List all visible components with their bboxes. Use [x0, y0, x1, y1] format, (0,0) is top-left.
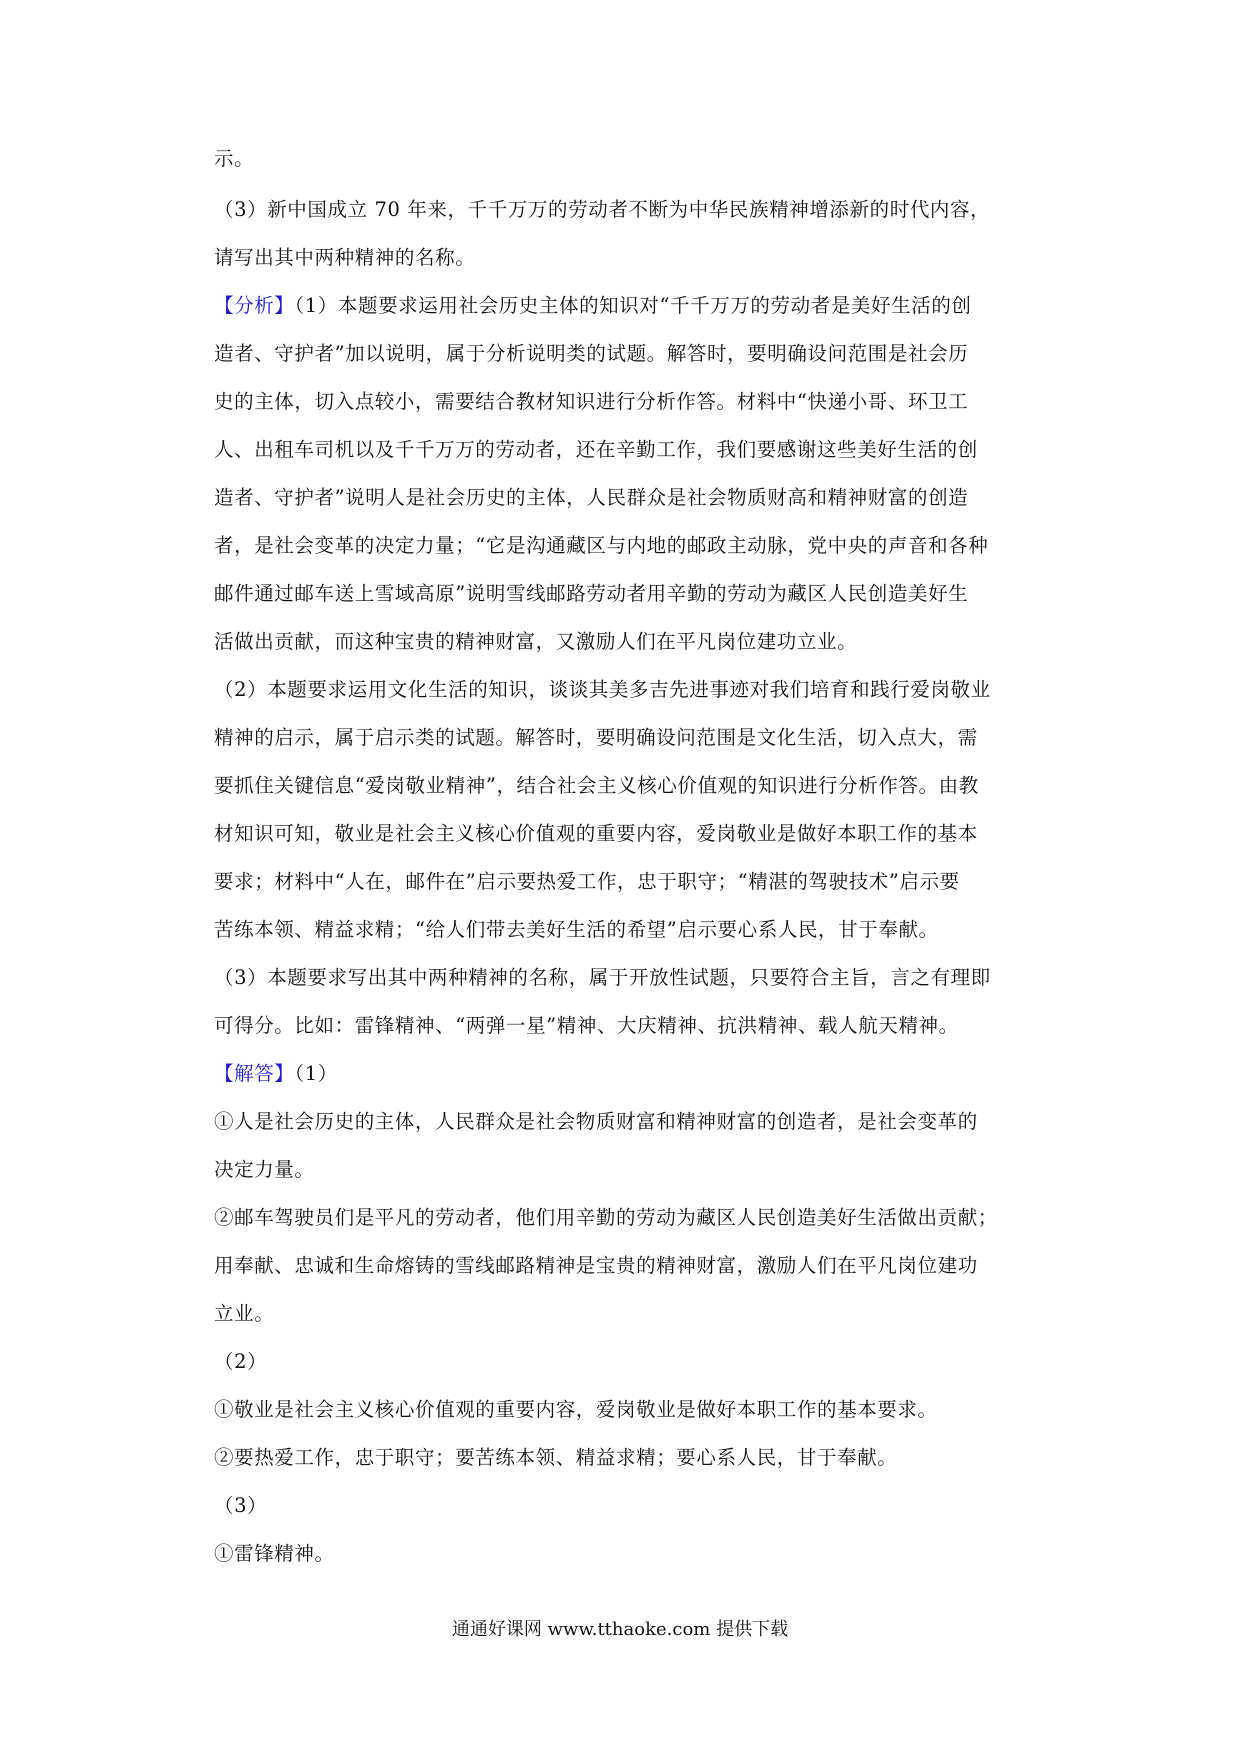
- line-text: 要抓住关键信息“爱岗敬业精神”，结合社会主义核心价值观的知识进行分析作答。由教: [214, 774, 979, 797]
- document-page: 示。（3）新中国成立 70 年来，千千万万的劳动者不断为中华民族精神增添新的时代…: [0, 0, 1240, 1754]
- text-line: 精神的启示，属于启示类的试题。解答时，要明确设问范围是文化生活，切入点大，需: [214, 724, 978, 752]
- text-line: 人、出租车司机以及千千万万的劳动者，还在辛勤工作，我们要感谢这些美好生活的创: [214, 436, 978, 464]
- line-text: 用奉献、忠诚和生命熔铸的雪线邮路精神是宝贵的精神财富，激励人们在平凡岗位建功: [214, 1254, 978, 1277]
- line-text: 苦练本领、精益求精；“给人们带去美好生活的希望”启示要心系人民，甘于奉献。: [214, 918, 939, 941]
- page-footer: 通通好课网 www.tthaoke.com 提供下载: [0, 1617, 1240, 1643]
- line-text: 邮件通过邮车送上雪域高原”说明雪线邮路劳动者用辛勤的劳动为藏区人民创造美好生: [214, 582, 968, 605]
- line-text: （3）本题要求写出其中两种精神的名称，属于开放性试题，只要符合主旨，言之有理即: [214, 966, 991, 989]
- line-text: （1）本题要求运用社会历史主体的知识对“千千万万的劳动者是美好生活的创: [294, 294, 971, 317]
- text-line: 者，是社会变革的决定力量；“它是沟通藏区与内地的邮政主动脉，党中央的声音和各种: [214, 532, 988, 560]
- text-line: 用奉献、忠诚和生命熔铸的雪线邮路精神是宝贵的精神财富，激励人们在平凡岗位建功: [214, 1252, 978, 1280]
- line-text: 可得分。比如：雷锋精神、“两弹一星”精神、大庆精神、抗洪精神、载人航天精神。: [214, 1014, 959, 1037]
- line-text: 造者、守护者”说明人是社会历史的主体，人民群众是社会物质财高和精神财富的创造: [214, 486, 968, 509]
- text-line: 【分析】（1）本题要求运用社会历史主体的知识对“千千万万的劳动者是美好生活的创: [214, 292, 972, 320]
- line-text: （2）: [214, 1350, 267, 1373]
- line-text: ①人是社会历史的主体，人民群众是社会物质财富和精神财富的创造者，是社会变革的: [214, 1110, 978, 1133]
- text-line: 要求；材料中“人在，邮件在”启示要热爱工作，忠于职守；“精湛的驾驶技术”启示要: [214, 868, 960, 896]
- line-text: （2）本题要求运用文化生活的知识，谈谈其美多吉先进事迹对我们培育和践行爱岗敬业: [214, 678, 991, 701]
- text-line: （2）本题要求运用文化生活的知识，谈谈其美多吉先进事迹对我们培育和践行爱岗敬业: [214, 676, 991, 704]
- line-text: 要求；材料中“人在，邮件在”启示要热爱工作，忠于职守；“精湛的驾驶技术”启示要: [214, 870, 960, 893]
- text-line: 【解答】（1）: [214, 1060, 338, 1088]
- text-line: 苦练本领、精益求精；“给人们带去美好生活的希望”启示要心系人民，甘于奉献。: [214, 916, 939, 944]
- text-line: 请写出其中两种精神的名称。: [214, 244, 475, 272]
- line-text: （3）新中国成立 70 年来，千千万万的劳动者不断为中华民族精神增添新的时代内容…: [214, 198, 990, 221]
- text-line: （3）本题要求写出其中两种精神的名称，属于开放性试题，只要符合主旨，言之有理即: [214, 964, 991, 992]
- text-line: （3）: [214, 1492, 267, 1520]
- line-text: ②要热爱工作，忠于职守；要苦练本领、精益求精；要心系人民，甘于奉献。: [214, 1446, 897, 1469]
- text-line: 决定力量。: [214, 1156, 315, 1184]
- line-text: 精神的启示，属于启示类的试题。解答时，要明确设问范围是文化生活，切入点大，需: [214, 726, 978, 749]
- text-line: 立业。: [214, 1300, 274, 1328]
- section-tag: 【解答】: [214, 1062, 294, 1085]
- line-text: （3）: [214, 1494, 267, 1517]
- text-line: ②邮车驾驶员们是平凡的劳动者，他们用辛勤的劳动为藏区人民创造美好生活做出贡献；: [214, 1204, 998, 1232]
- text-line: 造者、守护者”说明人是社会历史的主体，人民群众是社会物质财高和精神财富的创造: [214, 484, 968, 512]
- text-line: 可得分。比如：雷锋精神、“两弹一星”精神、大庆精神、抗洪精神、载人航天精神。: [214, 1012, 959, 1040]
- line-text: ①敬业是社会主义核心价值观的重要内容，爱岗敬业是做好本职工作的基本要求。: [214, 1398, 938, 1421]
- section-tag: 【分析】: [214, 294, 294, 317]
- text-line: ①敬业是社会主义核心价值观的重要内容，爱岗敬业是做好本职工作的基本要求。: [214, 1396, 938, 1424]
- line-text: 请写出其中两种精神的名称。: [214, 246, 475, 269]
- text-line: 材知识可知，敬业是社会主义核心价值观的重要内容，爱岗敬业是做好本职工作的基本: [214, 820, 978, 848]
- line-text: 人、出租车司机以及千千万万的劳动者，还在辛勤工作，我们要感谢这些美好生活的创: [214, 438, 978, 461]
- text-line: 造者、守护者”加以说明，属于分析说明类的试题。解答时，要明确设问范围是社会历: [214, 340, 968, 368]
- line-text: ②邮车驾驶员们是平凡的劳动者，他们用辛勤的劳动为藏区人民创造美好生活做出贡献；: [214, 1206, 998, 1229]
- text-line: ①雷锋精神。: [214, 1540, 335, 1568]
- line-text: 立业。: [214, 1302, 274, 1325]
- text-line: 示。: [214, 145, 254, 173]
- line-text: 示。: [214, 147, 254, 170]
- line-text: 决定力量。: [214, 1158, 315, 1181]
- line-text: 造者、守护者”加以说明，属于分析说明类的试题。解答时，要明确设问范围是社会历: [214, 342, 968, 365]
- line-text: 活做出贡献，而这种宝贵的精神财富，又激励人们在平凡岗位建功立业。: [214, 630, 857, 653]
- text-line: ②要热爱工作，忠于职守；要苦练本领、精益求精；要心系人民，甘于奉献。: [214, 1444, 897, 1472]
- text-line: 活做出贡献，而这种宝贵的精神财富，又激励人们在平凡岗位建功立业。: [214, 628, 857, 656]
- text-line: ①人是社会历史的主体，人民群众是社会物质财富和精神财富的创造者，是社会变革的: [214, 1108, 978, 1136]
- line-text: ①雷锋精神。: [214, 1542, 335, 1565]
- text-line: （2）: [214, 1348, 267, 1376]
- line-text: 材知识可知，敬业是社会主义核心价值观的重要内容，爱岗敬业是做好本职工作的基本: [214, 822, 978, 845]
- text-line: 史的主体，切入点较小，需要结合教材知识进行分析作答。材料中“快递小哥、环卫工: [214, 388, 968, 416]
- line-text: 史的主体，切入点较小，需要结合教材知识进行分析作答。材料中“快递小哥、环卫工: [214, 390, 968, 413]
- text-line: 邮件通过邮车送上雪域高原”说明雪线邮路劳动者用辛勤的劳动为藏区人民创造美好生: [214, 580, 968, 608]
- line-text: 者，是社会变革的决定力量；“它是沟通藏区与内地的邮政主动脉，党中央的声音和各种: [214, 534, 988, 557]
- text-line: （3）新中国成立 70 年来，千千万万的劳动者不断为中华民族精神增添新的时代内容…: [214, 196, 990, 224]
- line-text: （1）: [294, 1062, 337, 1085]
- text-line: 要抓住关键信息“爱岗敬业精神”，结合社会主义核心价值观的知识进行分析作答。由教: [214, 772, 979, 800]
